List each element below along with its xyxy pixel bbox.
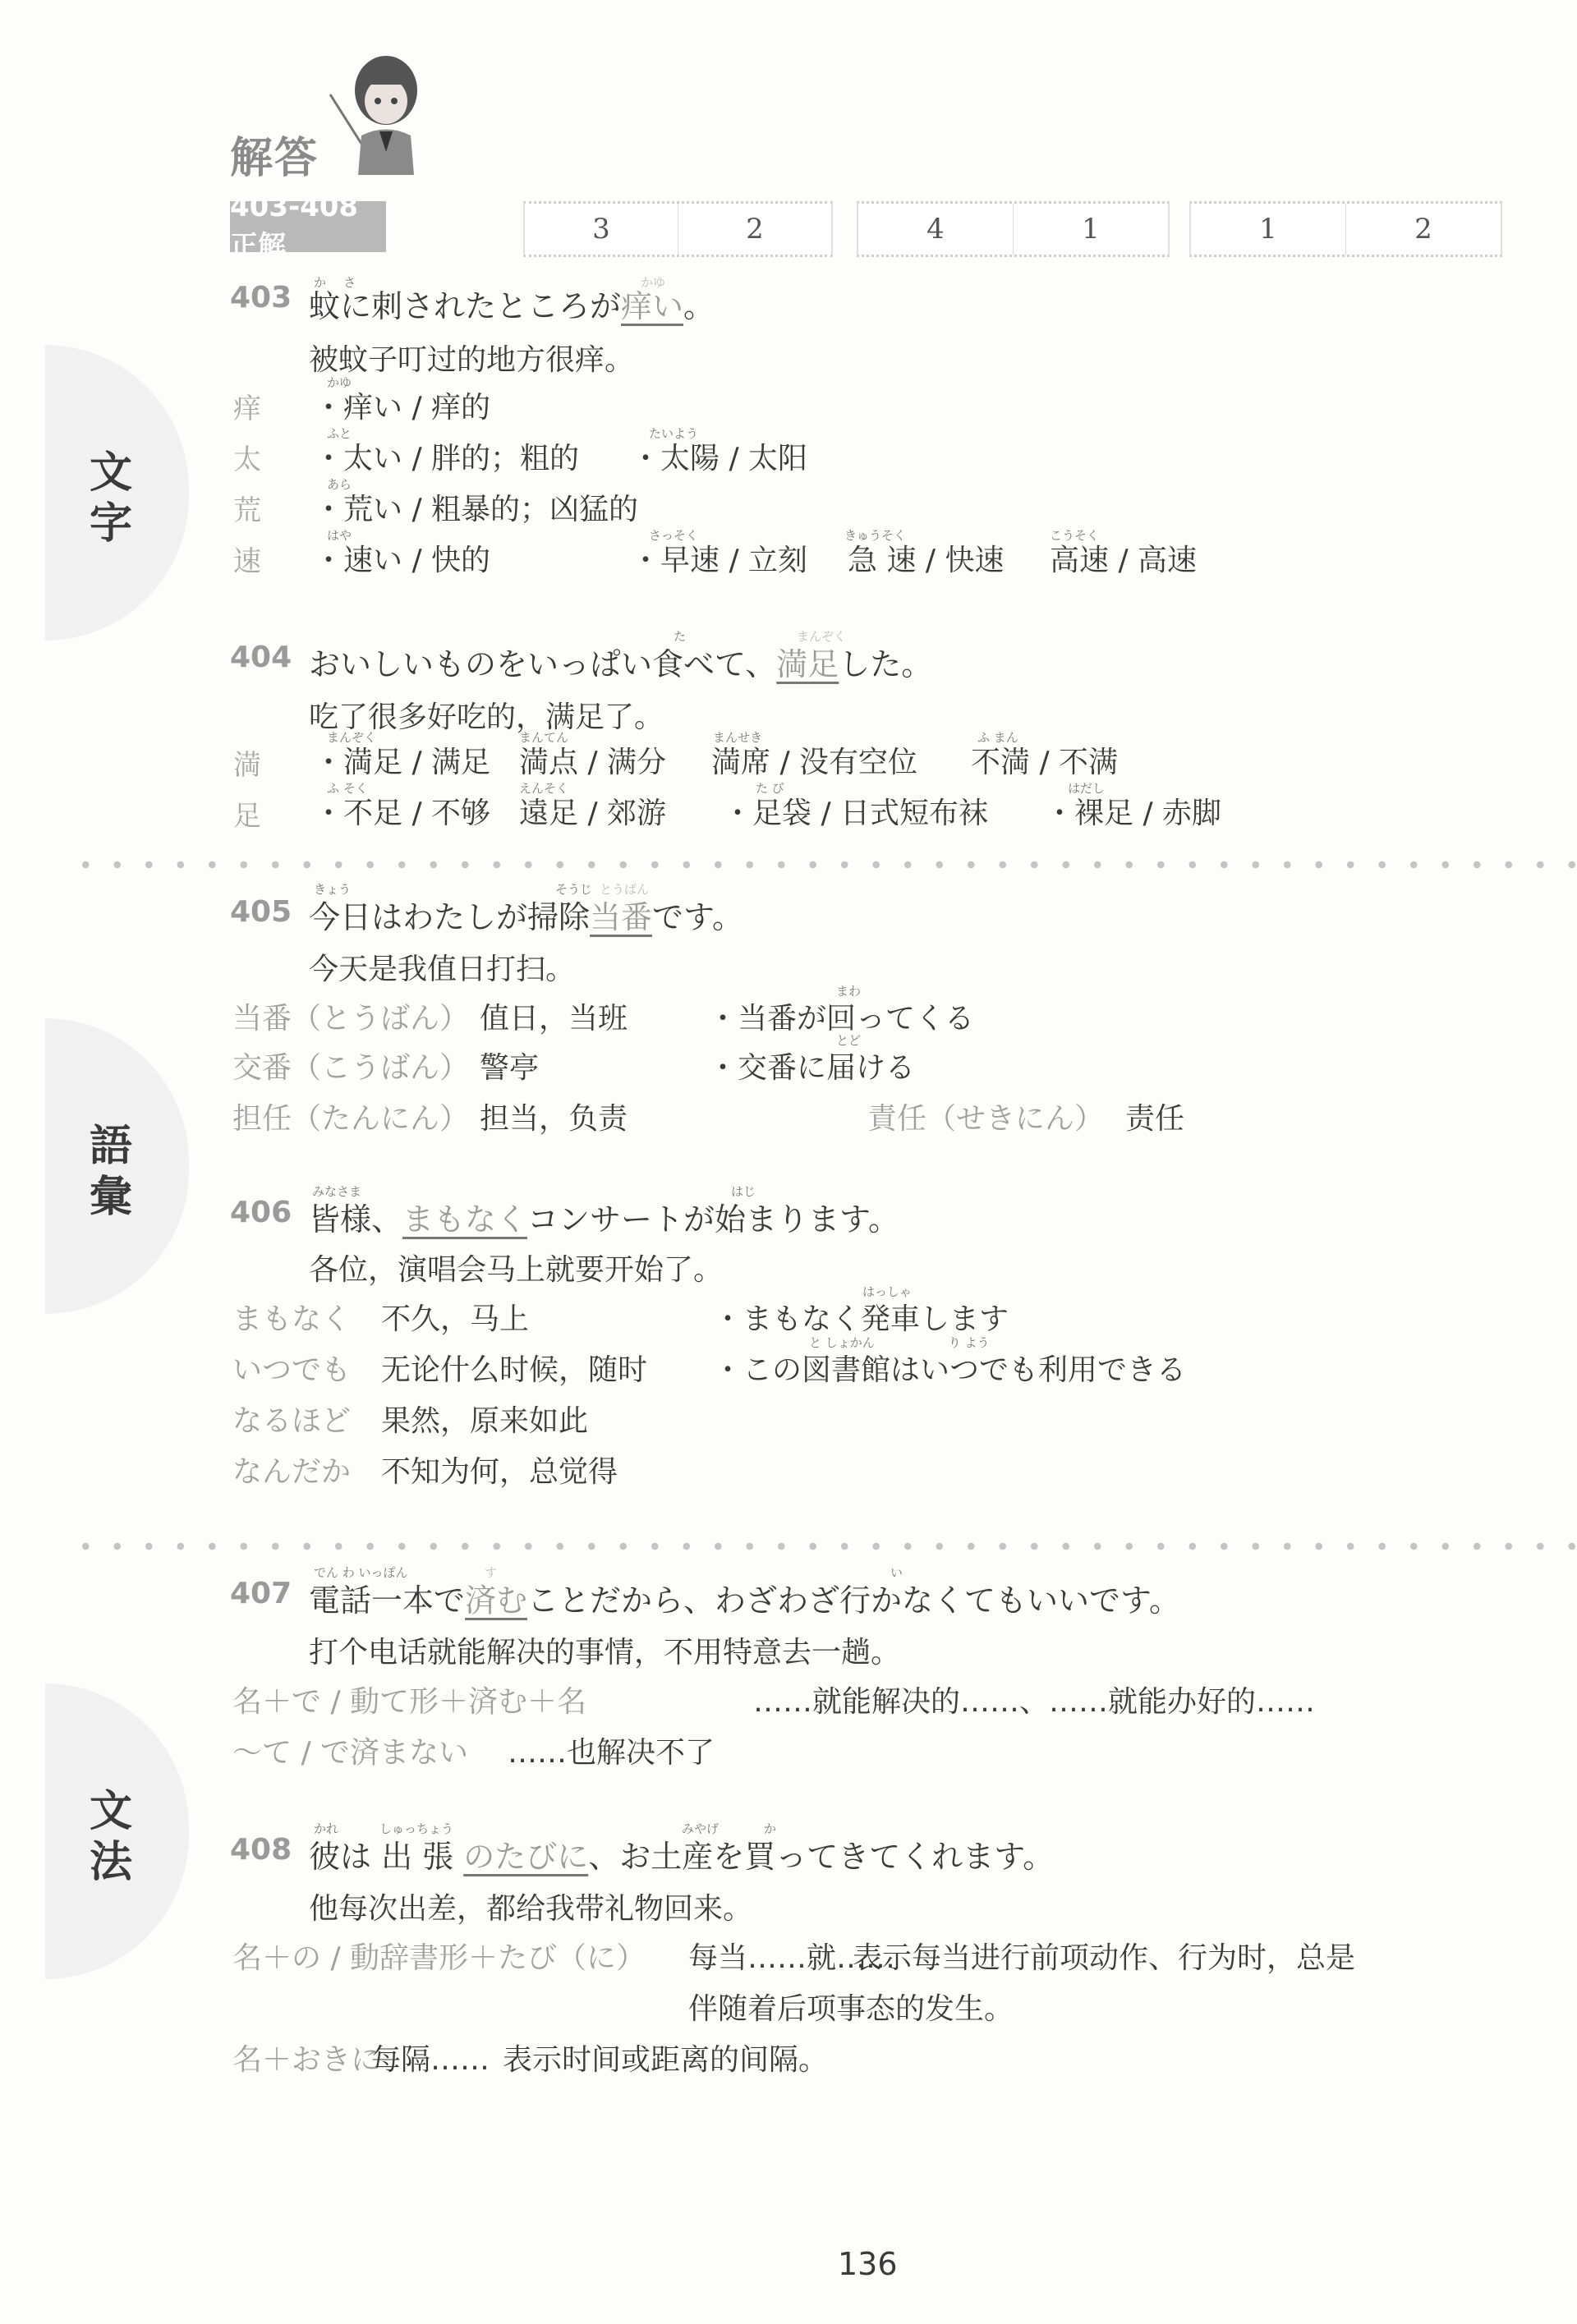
question-number: 405	[230, 895, 292, 929]
kanji-label: 足	[233, 793, 261, 834]
grammar-pattern: 名＋の / 動辞書形＋たび（に）	[232, 1935, 646, 1977]
answer-407: 1	[1191, 204, 1345, 255]
answer-404: 2	[678, 204, 831, 255]
grammar-meaning: 每隔……	[371, 2037, 490, 2078]
answer-group-2: 4 1	[857, 201, 1170, 257]
example-sentence: ・この図書館はいつでも利用できる	[713, 1347, 1186, 1389]
vocab-term: 当番（とうばん）	[232, 995, 469, 1037]
page-title: 解答	[230, 123, 319, 185]
question-number: 406	[230, 1196, 292, 1229]
target-word: 当番	[590, 899, 652, 935]
question-sentence: 蚊に刺されたところが痒い。	[309, 281, 715, 326]
answer-group-1: 3 2	[523, 201, 833, 257]
vocab-meaning: 警亭	[480, 1045, 539, 1086]
vocab-item: 満席 / 没有空位	[711, 739, 917, 781]
section-tab-moji-label: 文字	[82, 448, 140, 549]
kanji-label: 荒	[233, 488, 261, 528]
answer-403: 3	[525, 204, 678, 255]
translation: 他每次出差，都给我带礼物回来。	[309, 1885, 752, 1927]
vocab-item: ・荒い / 粗暴的；凶猛的	[314, 486, 638, 528]
vocab-meaning: 责任	[1125, 1095, 1184, 1137]
vocab-meaning: 不久，马上	[381, 1296, 529, 1338]
question-403: 403	[230, 281, 292, 315]
question-number: 408	[230, 1833, 292, 1867]
question-405: 405	[230, 895, 292, 929]
vocab-item: ・早速 / 立刻	[631, 537, 807, 579]
question-number: 407	[230, 1577, 292, 1610]
answer-405: 4	[858, 204, 1013, 255]
grammar-note: 表示每当进行前项动作、行为时，总是	[853, 1935, 1355, 1977]
vocab-meaning: 值日，当班	[480, 995, 628, 1037]
kanji-label: 太	[233, 437, 261, 477]
vocab-item: 急 速 / 快速	[848, 537, 1004, 579]
section-tab-bunpou-label: 文法	[82, 1786, 140, 1888]
grammar-pattern: ～て / で済まない	[232, 1729, 468, 1771]
question-sentence: 電話一本で済むことだから、わざわざ行かなくてもいいです。	[309, 1575, 1180, 1620]
target-word: 済む	[465, 1582, 527, 1619]
vocab-item: ・足袋 / 日式短布袜	[723, 790, 988, 832]
section-tab-goi-label: 語彙	[82, 1121, 140, 1223]
grammar-note: 表示时间或距离的间隔。	[503, 2037, 828, 2078]
translation: 今天是我值日打扫。	[309, 946, 575, 988]
section-divider	[70, 1542, 1577, 1550]
question-406: 406	[230, 1196, 292, 1229]
vocab-term: なるほど	[232, 1398, 351, 1440]
grammar-meaning-text: 名＋で / 動て形＋済む＋名 ……就能解决的……、……就能办好的……	[370, 1679, 1315, 1720]
target-word: 痒い	[621, 288, 683, 324]
question-number: 403	[230, 281, 292, 315]
kanji-label: 痒	[233, 386, 261, 426]
vocab-term: なんだか	[232, 1449, 351, 1490]
vocab-item: 遠足 / 郊游	[519, 790, 666, 832]
answer-406: 1	[1013, 204, 1168, 255]
grammar-note: 伴随着后项事态的发生。	[688, 1986, 1014, 2028]
vocab-item: ・痒い / 痒的	[314, 384, 490, 426]
vocab-term: 担任（たんにん）	[232, 1095, 469, 1137]
example-sentence: ・交番に届ける	[708, 1045, 915, 1086]
vocab-item: ・太い / 胖的；粗的	[314, 435, 579, 477]
question-404: 404	[230, 641, 292, 674]
grammar-meaning: ……也解决不了	[508, 1729, 715, 1771]
vocab-meaning: 无论什么时候，随时	[381, 1347, 647, 1389]
question-sentence: 彼は 出 張 のたびに、お土産を買ってきてくれます。	[309, 1831, 1054, 1876]
vocab-item: ・不足 / 不够	[314, 790, 490, 832]
answer-range-label: 403-408 正解	[230, 201, 386, 252]
kanji-label: 満	[233, 742, 261, 783]
question-408: 408	[230, 1833, 292, 1867]
target-word: のたびに	[463, 1839, 588, 1875]
vocab-term: いつでも	[232, 1347, 351, 1389]
question-sentence: 今日はわたしが掃除当番です。	[309, 892, 743, 937]
translation: 被蚊子叮过的地方很痒。	[309, 337, 634, 379]
teacher-illustration-icon	[329, 45, 427, 177]
vocab-meaning: 担当，负责	[480, 1095, 628, 1137]
target-word: まもなく	[402, 1201, 527, 1238]
question-407: 407	[230, 1577, 292, 1610]
translation: 各位，演唱会马上就要开始了。	[309, 1247, 723, 1288]
vocab-item: ・満足 / 满足	[314, 739, 490, 781]
vocab-term: 交番（こうばん）	[232, 1045, 469, 1086]
page-number: 136	[838, 2246, 898, 2282]
question-sentence: 皆様、まもなくコンサートが始まります。	[309, 1194, 899, 1239]
vocab-item: 高速 / 高速	[1050, 537, 1197, 579]
question-number: 404	[230, 641, 292, 674]
vocab-item: ・速い / 快的	[314, 537, 490, 579]
vocab-term: まもなく	[232, 1296, 351, 1338]
answer-408: 2	[1345, 204, 1501, 255]
vocab-item: ・裸足 / 赤脚	[1045, 790, 1221, 832]
translation: 打个电话就能解决的事情，不用特意去一趟。	[309, 1629, 900, 1671]
vocab-meaning: 不知为何，总觉得	[381, 1449, 618, 1490]
answer-group-3: 1 2	[1189, 201, 1502, 257]
grammar-pattern: 名＋おきに	[232, 2037, 380, 2078]
kanji-label: 速	[233, 539, 261, 579]
target-word: 満足	[776, 646, 839, 682]
vocab-term: 責任（せきにん）	[867, 1095, 1104, 1137]
vocab-item: 満点 / 满分	[519, 739, 666, 781]
question-sentence: おいしいものをいっぱい食べて、満足した。	[309, 639, 932, 684]
vocab-item: ・太陽 / 太阳	[631, 435, 807, 477]
section-divider	[70, 861, 1577, 869]
vocab-item: 不満 / 不满	[971, 739, 1118, 781]
example-sentence: ・まもなく発車します	[713, 1296, 1009, 1338]
vocab-meaning: 果然，原来如此	[381, 1398, 588, 1440]
